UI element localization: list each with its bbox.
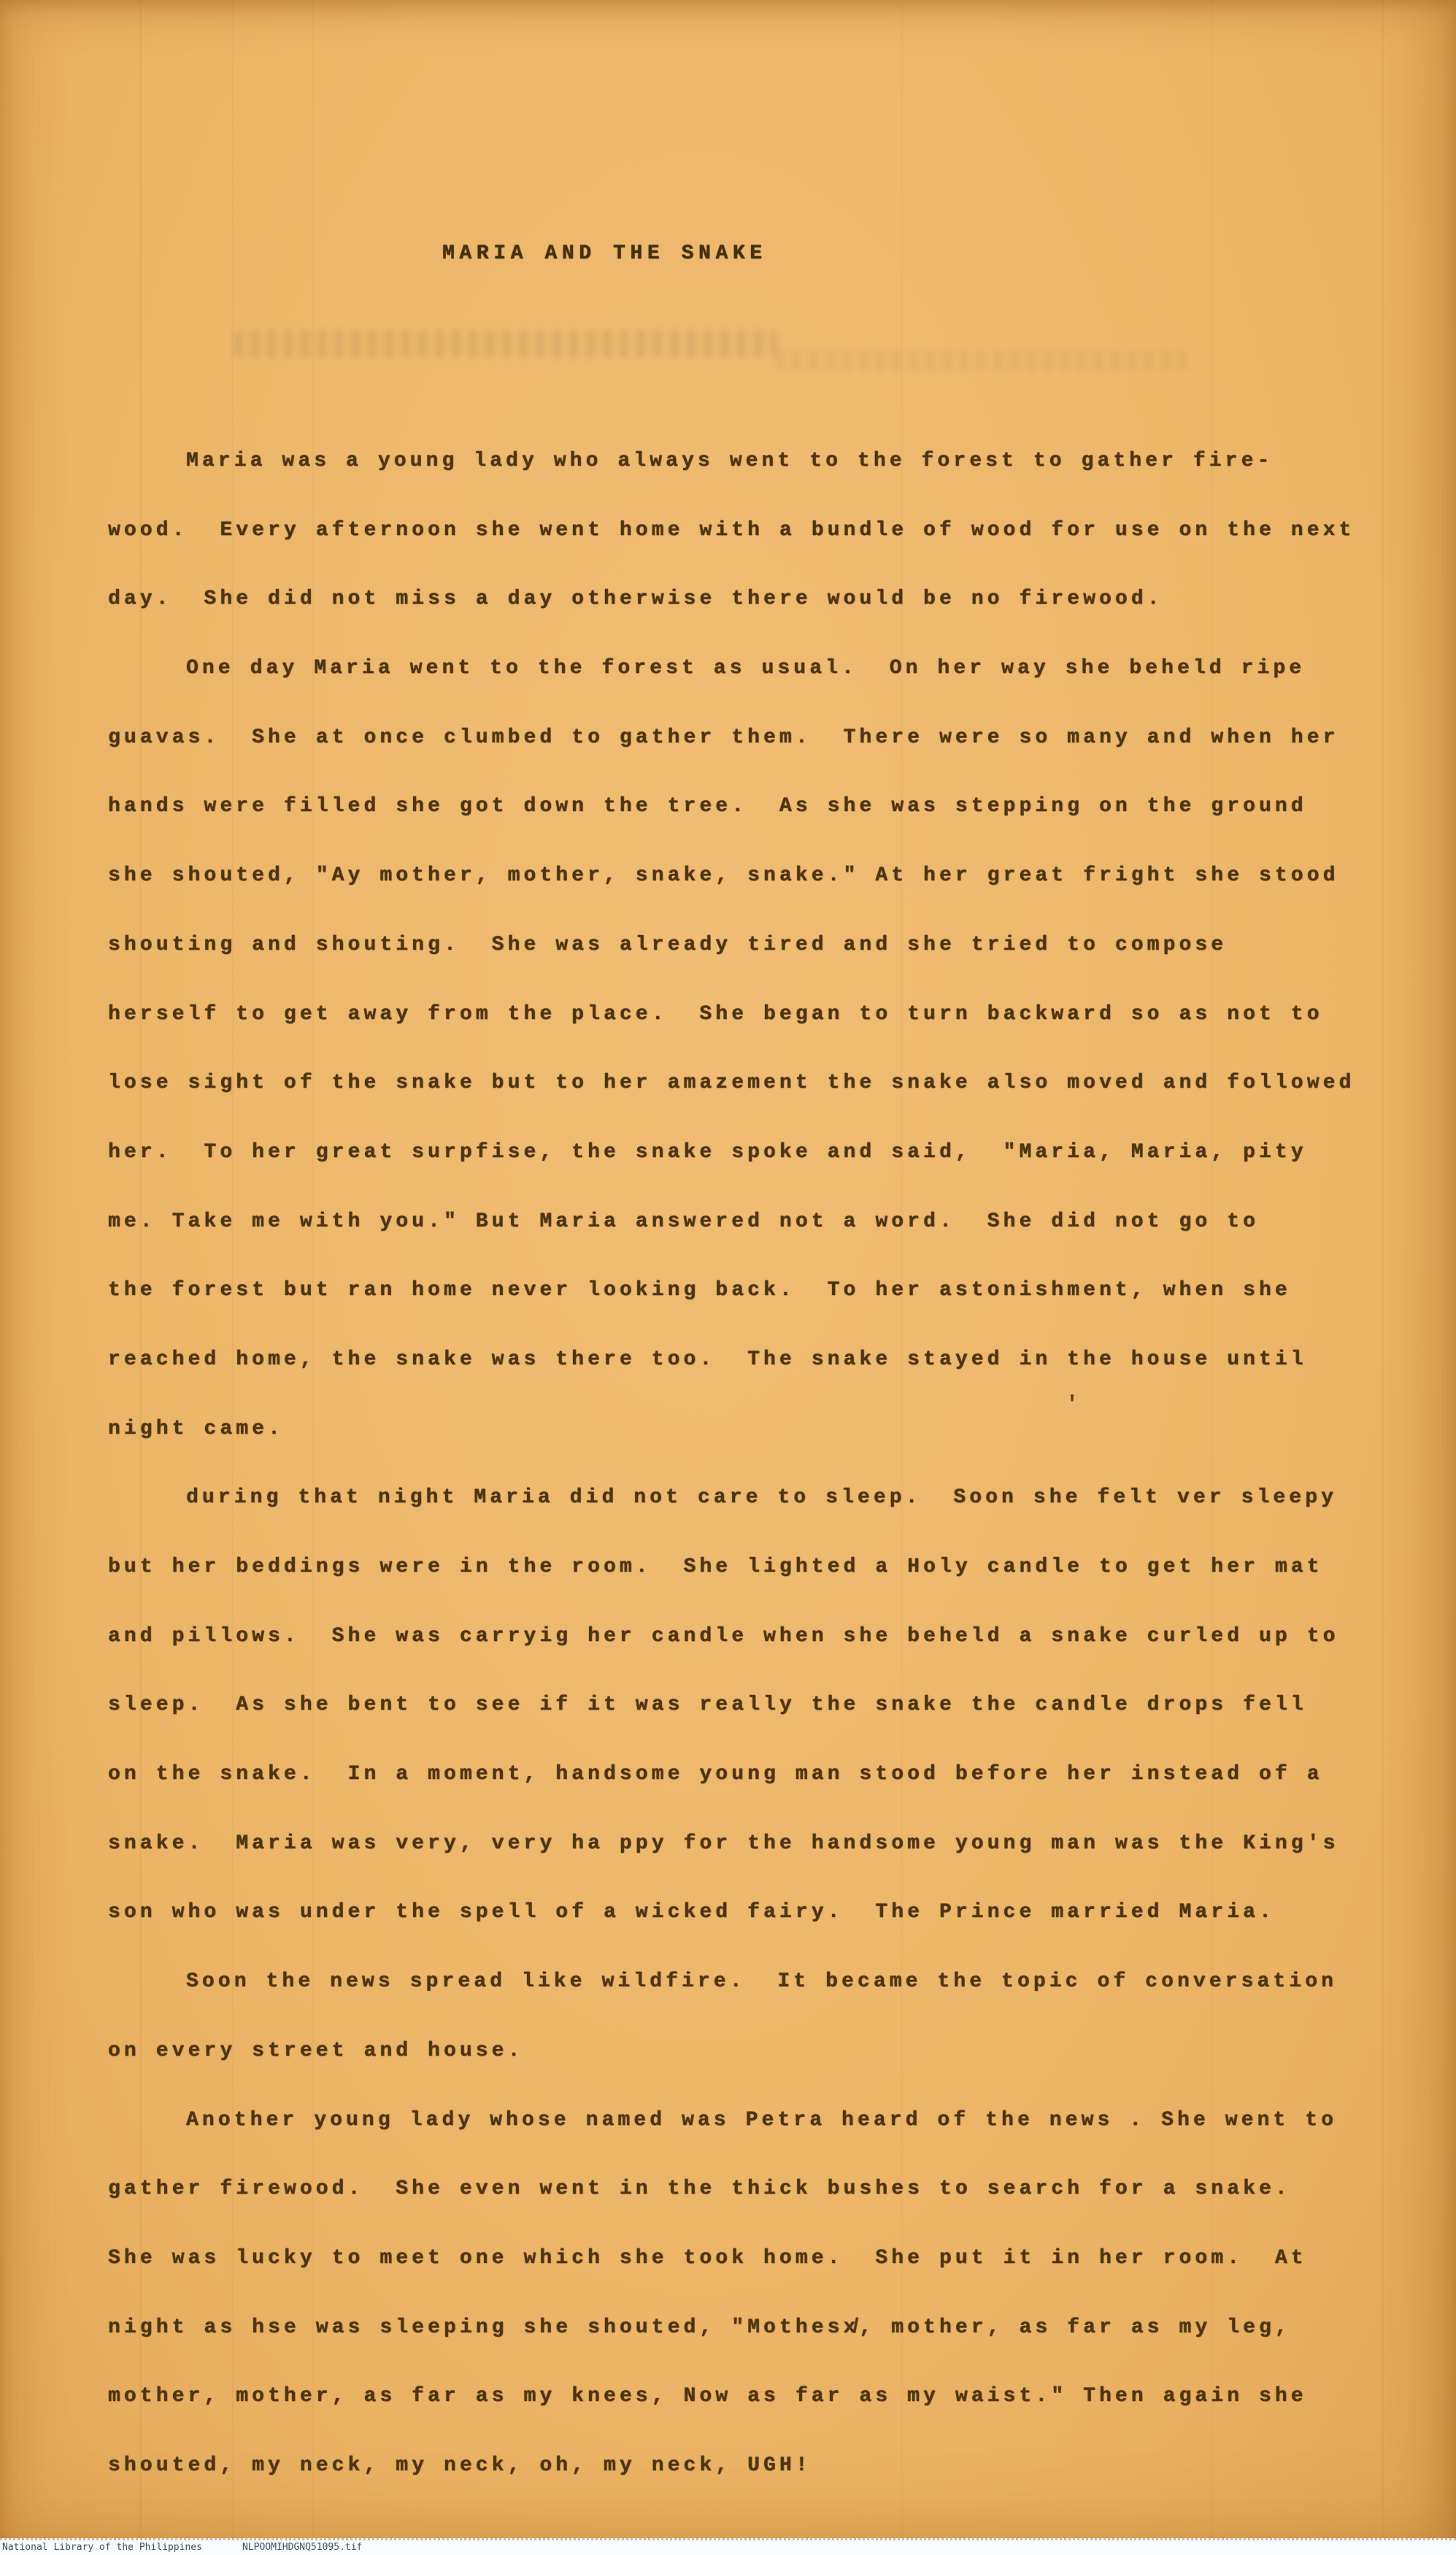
text-line: wood. Every afternoon she went home with… xyxy=(108,496,1449,566)
scan-filename: NLPOOMIHDGNQ51095.tif xyxy=(242,2542,362,2553)
text-line: the forest but ran home never looking ba… xyxy=(108,1256,1449,1326)
text-block: Maria was a young lady who always went t… xyxy=(108,427,1449,2501)
text-line: night as hse was sleeping she shouted, "… xyxy=(108,2294,1449,2363)
text-line: but her beddings were in the room. She l… xyxy=(108,1533,1449,1602)
text-line: shouted, my neck, my neck, oh, my neck, … xyxy=(108,2432,1449,2501)
text-line: One day Maria went to the forest as usua… xyxy=(108,634,1449,704)
text-line: Soon the news spread like wildfire. It b… xyxy=(108,1948,1449,2017)
text-line: and pillows. She was carryig her candle … xyxy=(108,1602,1449,1672)
text-line: sleep. As she bent to see if it was real… xyxy=(108,1671,1449,1740)
text-line: me. Take me with you." But Maria answere… xyxy=(108,1188,1449,1257)
stray-ink-mark: ' xyxy=(1066,1393,1079,1418)
document-title: MARIA AND THE SNAKE xyxy=(442,219,767,288)
erased-text-smudge xyxy=(775,350,1187,371)
text-line: reached home, the snake was there too. T… xyxy=(108,1326,1449,1395)
text-line: she shouted, "Ay mother, mother, snake, … xyxy=(108,842,1449,911)
scan-footer-bar: National Library of the Philippines NLPO… xyxy=(0,2538,1456,2555)
text-line: She was lucky to meet one which she took… xyxy=(108,2224,1449,2294)
text-line: night came. xyxy=(108,1395,1449,1464)
text-line: guavas. She at once clumbed to gather th… xyxy=(108,704,1449,773)
text-line: during that night Maria did not care to … xyxy=(108,1464,1449,1533)
text-line: son who was under the spell of a wicked … xyxy=(108,1878,1449,1948)
library-credit: National Library of the Philippines xyxy=(2,2542,202,2553)
text-line: herself to get away from the place. She … xyxy=(108,980,1449,1050)
text-line: gather firewood. She even went in the th… xyxy=(108,2155,1449,2224)
scanned-page: MARIA AND THE SNAKE Maria was a young la… xyxy=(0,0,1456,2555)
text-line: her. To her great surpfise, the snake sp… xyxy=(108,1118,1449,1188)
text-line: lose sight of the snake but to her amaze… xyxy=(108,1049,1449,1118)
erased-text-smudge xyxy=(234,330,777,358)
text-line: Maria was a young lady who always went t… xyxy=(108,427,1449,496)
text-line: snake. Maria was very, very ha ppy for t… xyxy=(108,1810,1449,1879)
text-line: Another young lady whose named was Petra… xyxy=(108,2086,1449,2156)
text-line: shouting and shouting. She was already t… xyxy=(108,911,1449,980)
text-line: on every street and house. xyxy=(108,2017,1449,2086)
text-line: on the snake. In a moment, handsome youn… xyxy=(108,1740,1449,1810)
text-line: hands were filled she got down the tree.… xyxy=(108,772,1449,842)
text-line: mother, mother, as far as my knees, Now … xyxy=(108,2362,1449,2432)
text-line: day. She did not miss a day otherwise th… xyxy=(108,565,1449,634)
